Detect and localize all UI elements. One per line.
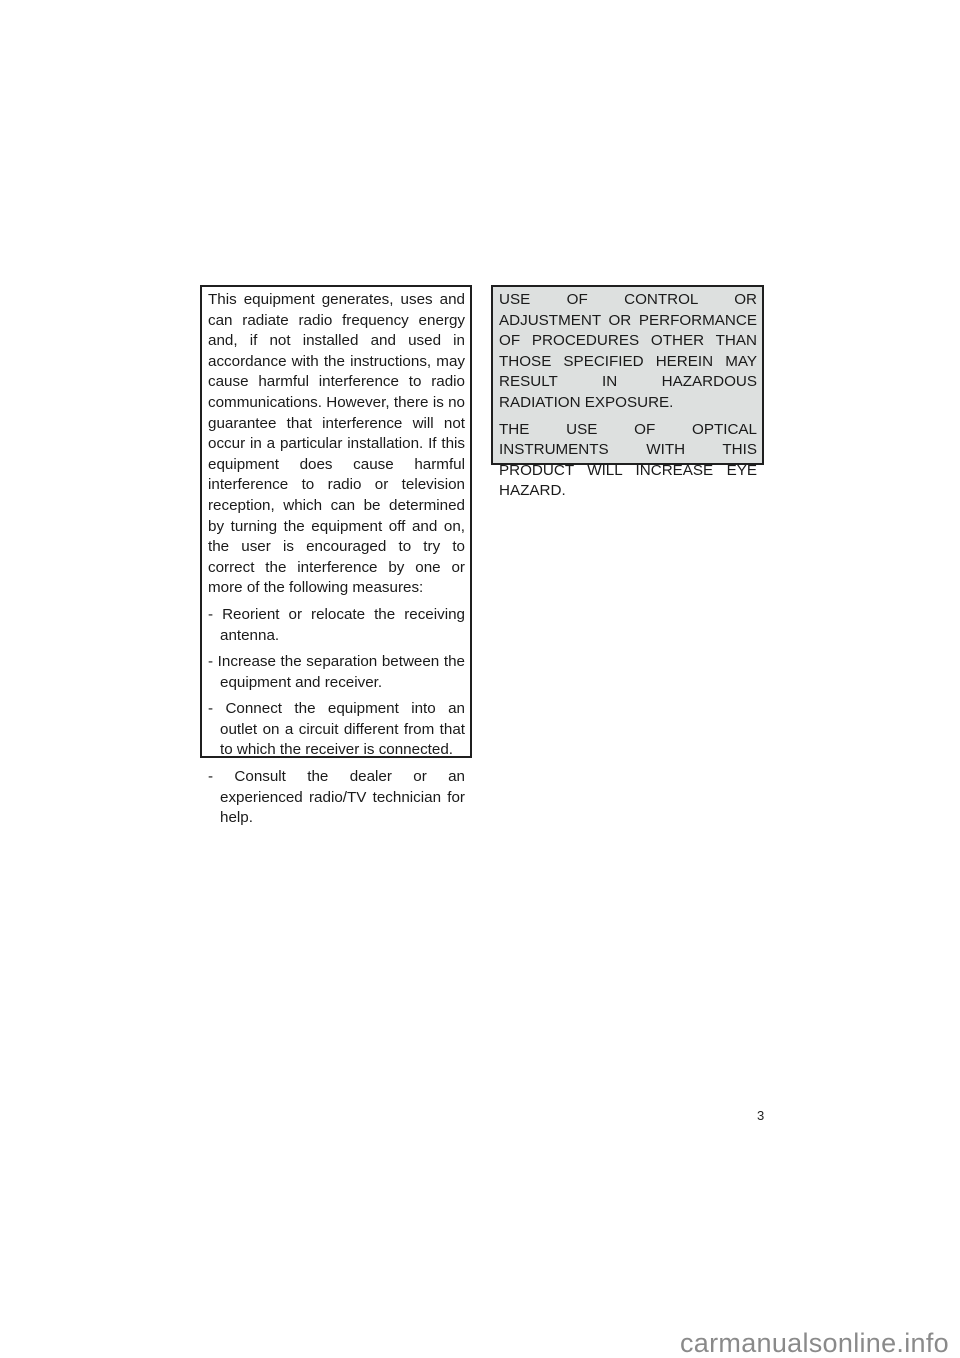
measure-item: - Increase the separation between the eq… xyxy=(208,652,465,693)
watermark: carmanualsonline.info xyxy=(680,1328,949,1358)
fcc-notice-intro: This equipment generates, uses and can r… xyxy=(208,290,465,599)
caution-paragraph: USE OF CONTROL OR ADJUSTMENT OR PERFORMA… xyxy=(499,290,757,414)
measure-item: - Consult the dealer or an experienced r… xyxy=(208,767,465,829)
laser-caution-box: USE OF CONTROL OR ADJUSTMENT OR PERFORMA… xyxy=(491,285,764,465)
fcc-notice-box: This equipment generates, uses and can r… xyxy=(200,285,472,758)
page-number: 3 xyxy=(757,1108,764,1123)
measure-item: - Connect the equipment into an outlet o… xyxy=(208,699,465,761)
measure-item: - Reorient or relocate the receiving ant… xyxy=(208,605,465,646)
caution-paragraph: THE USE OF OPTICAL INSTRUMENTS WITH THIS… xyxy=(499,420,757,502)
